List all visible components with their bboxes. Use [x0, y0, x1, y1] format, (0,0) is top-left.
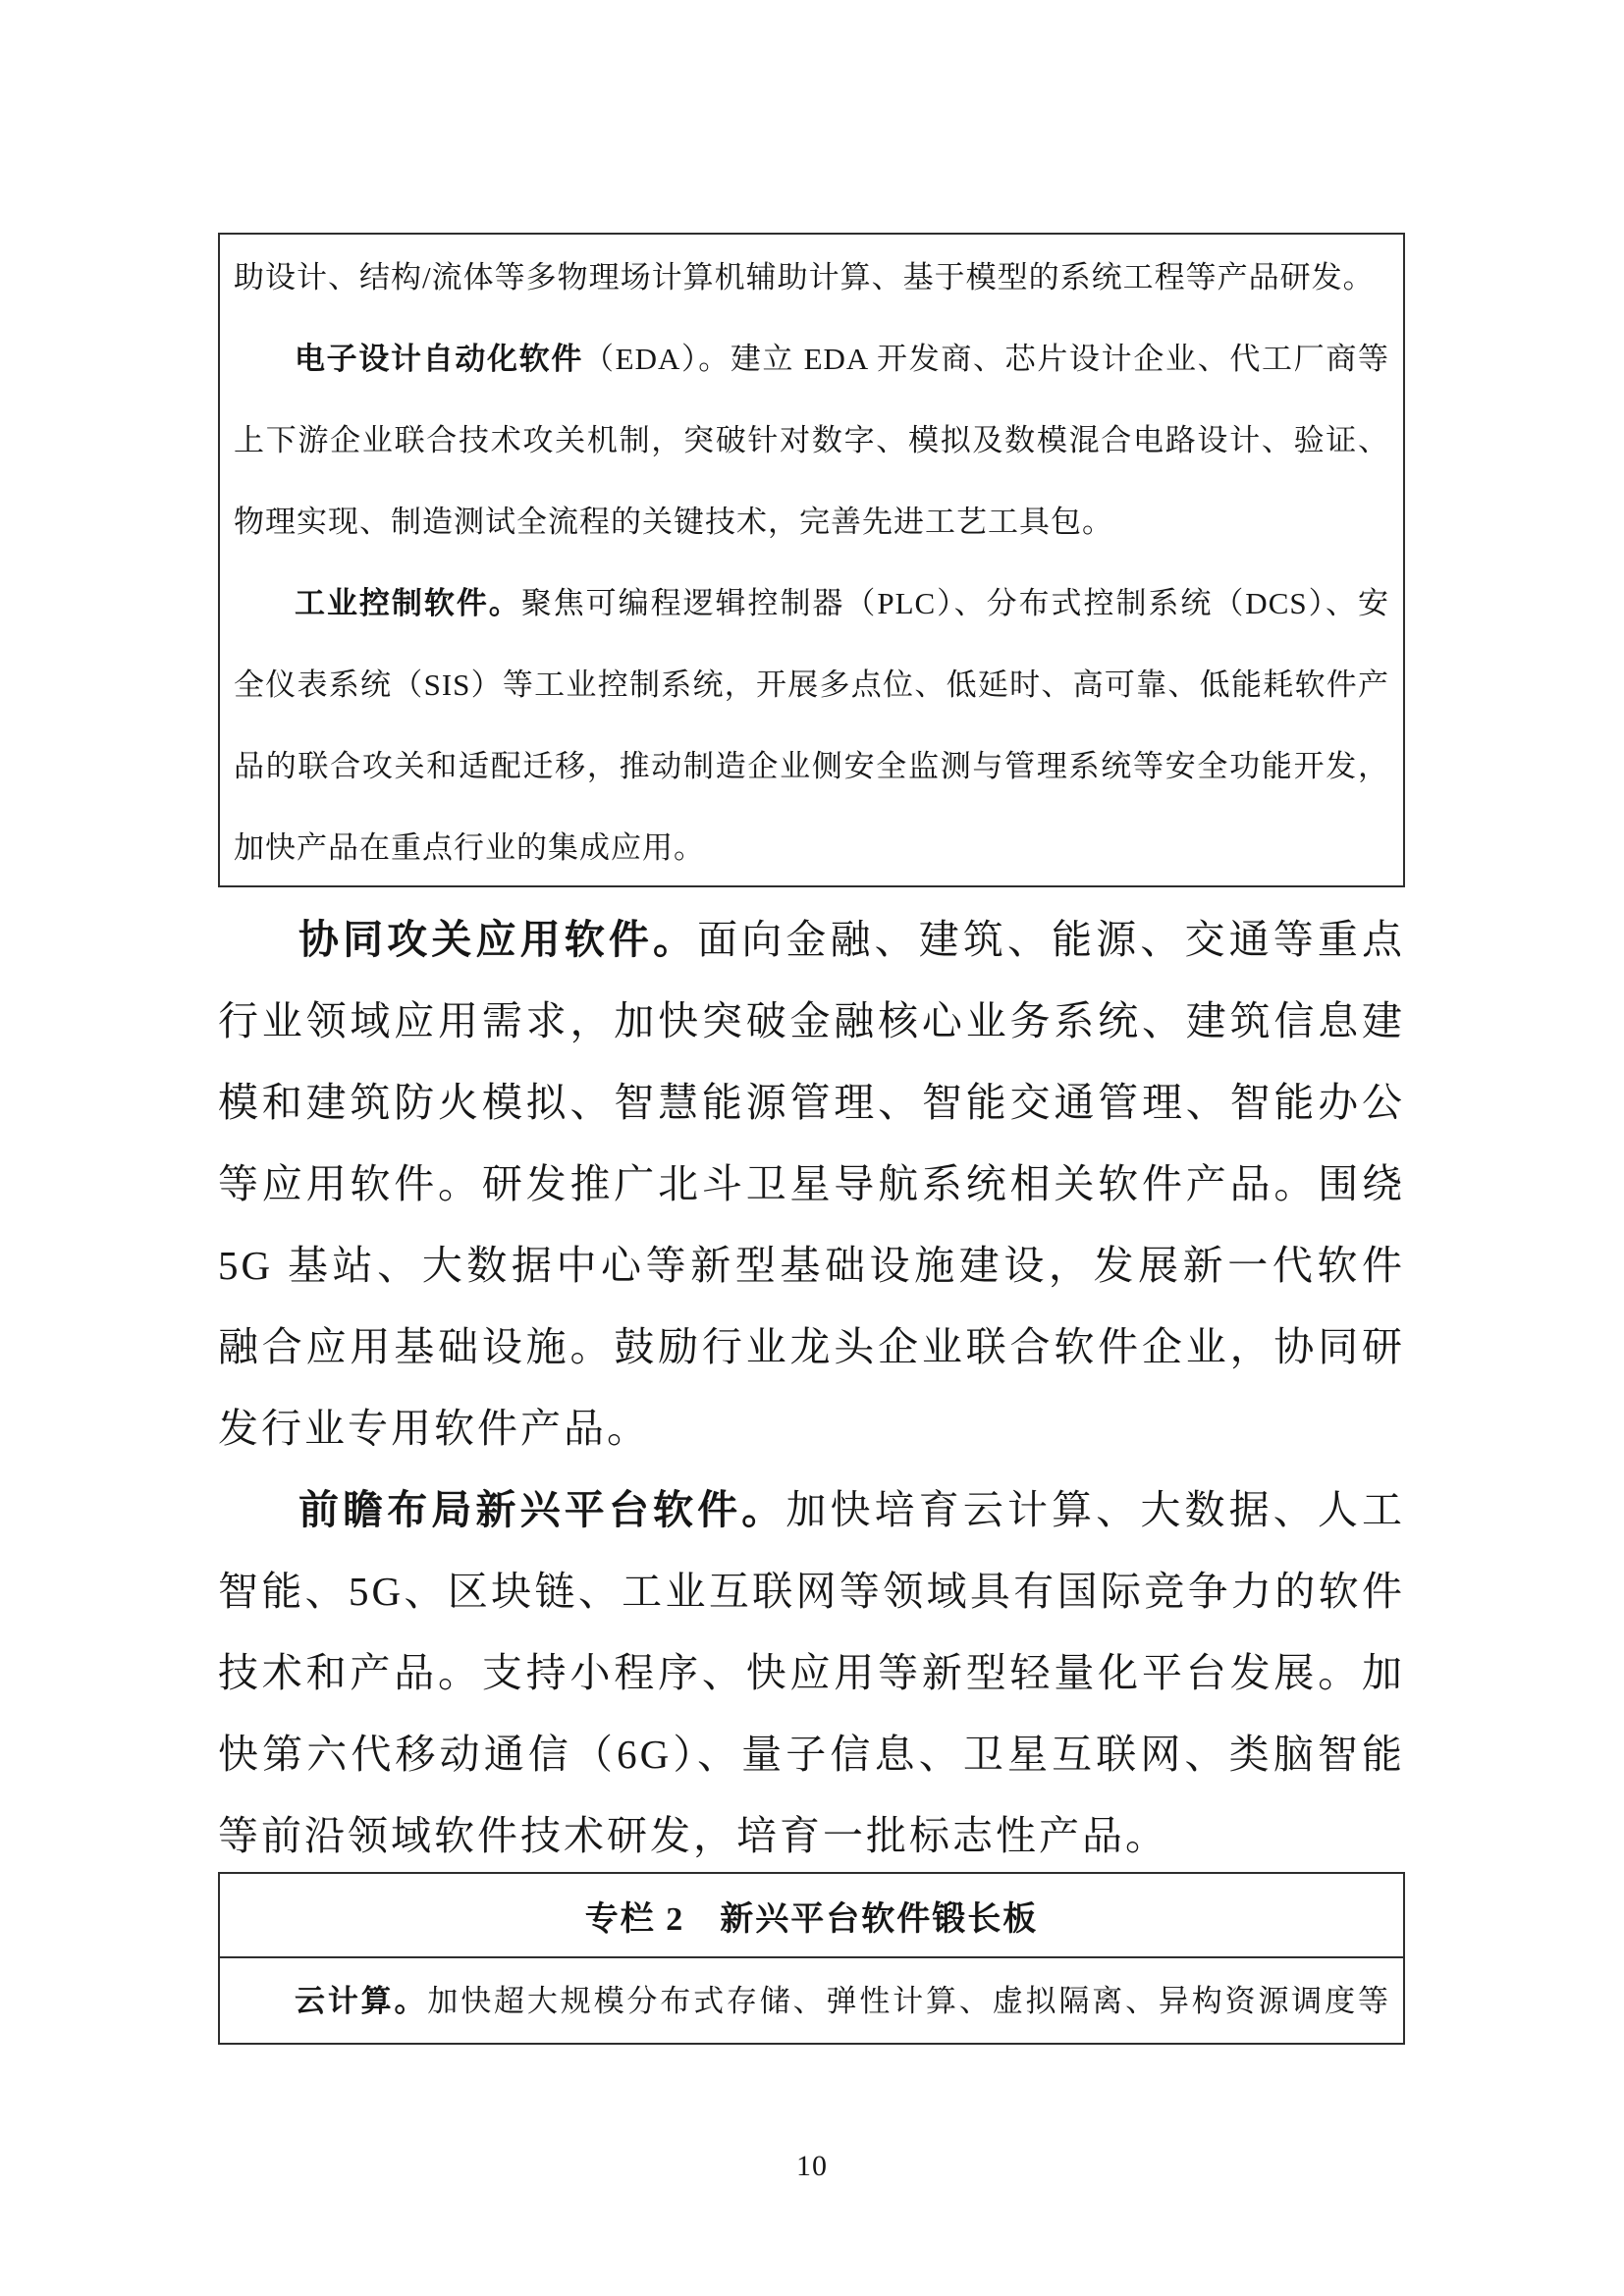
paragraph-lead: 工业控制软件。 — [295, 586, 521, 620]
body-text: 协同攻关应用软件。面向金融、建筑、能源、交通等重点行业领域应用需求，加快突破金融… — [218, 899, 1405, 1877]
paragraph-text: 加快超大规模分布式存储、弹性计算、虚拟隔离、异构资源调度等 — [427, 1984, 1389, 2018]
paragraph-text: 助设计、结构/流体等多物理场计算机辅助计算、基于模型的系统工程等产品研发。 — [234, 260, 1375, 294]
callout-box-body: 云计算。加快超大规模分布式存储、弹性计算、虚拟隔离、异构资源调度等 — [220, 1958, 1403, 2041]
document-page: 助设计、结构/流体等多物理场计算机辅助计算、基于模型的系统工程等产品研发。 电子… — [0, 0, 1624, 2296]
paragraph-lead: 协同攻关应用软件。 — [298, 917, 697, 962]
paragraph: 助设计、结构/流体等多物理场计算机辅助计算、基于模型的系统工程等产品研发。 — [234, 237, 1389, 318]
paragraph: 云计算。加快超大规模分布式存储、弹性计算、虚拟隔离、异构资源调度等 — [234, 1962, 1389, 2041]
paragraph: 前瞻布局新兴平台软件。加快培育云计算、大数据、人工智能、5G、区块链、工业互联网… — [218, 1469, 1405, 1877]
paragraph: 协同攻关应用软件。面向金融、建筑、能源、交通等重点行业领域应用需求，加快突破金融… — [218, 899, 1405, 1469]
paragraph-text: 面向金融、建筑、能源、交通等重点行业领域应用需求，加快突破金融核心业务系统、建筑… — [218, 917, 1405, 1451]
page-number: 10 — [0, 2150, 1624, 2183]
callout-box-2: 专栏 2 新兴平台软件锻长板 云计算。加快超大规模分布式存储、弹性计算、虚拟隔离… — [218, 1872, 1405, 2045]
paragraph-lead: 电子设计自动化软件 — [295, 342, 583, 376]
paragraph-lead: 云计算。 — [295, 1984, 427, 2018]
paragraph: 电子设计自动化软件（EDA）。建立 EDA 开发商、芯片设计企业、代工厂商等上下… — [234, 318, 1389, 562]
callout-box-title: 专栏 2 新兴平台软件锻长板 — [220, 1874, 1403, 1958]
callout-box-key-software: 助设计、结构/流体等多物理场计算机辅助计算、基于模型的系统工程等产品研发。 电子… — [218, 233, 1405, 887]
paragraph-text: 加快培育云计算、大数据、人工智能、5G、区块链、工业互联网等领域具有国际竞争力的… — [218, 1487, 1405, 1858]
paragraph: 工业控制软件。聚焦可编程逻辑控制器（PLC）、分布式控制系统（DCS）、安全仪表… — [234, 562, 1389, 888]
paragraph-lead: 前瞻布局新兴平台软件。 — [298, 1487, 785, 1532]
paragraph-text: 聚焦可编程逻辑控制器（PLC）、分布式控制系统（DCS）、安全仪表系统（SIS）… — [234, 586, 1389, 865]
